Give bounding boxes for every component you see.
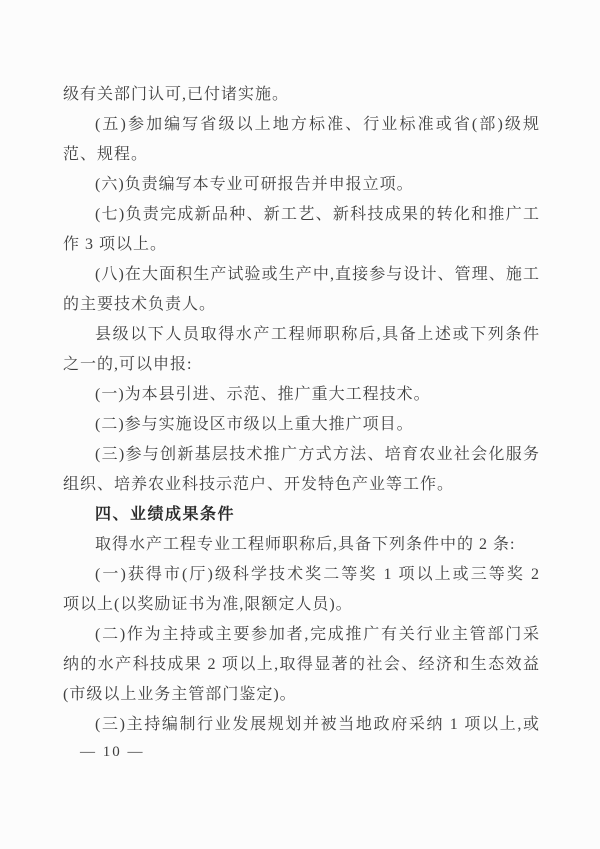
document-body: 级有关部门认可,已付诸实施。 (五)参加编写省级以上地方标准、行业标准或省(部)… bbox=[63, 80, 540, 740]
text-line: (三)主持编制行业发展规划并被当地政府采纳 1 项以上,或 bbox=[63, 710, 540, 740]
section-heading: 四、业绩成果条件 bbox=[63, 500, 540, 530]
text-line: 之一的,可以申报: bbox=[63, 350, 540, 380]
text-line: 级有关部门认可,已付诸实施。 bbox=[63, 80, 540, 110]
text-line: 作 3 项以上。 bbox=[63, 230, 540, 260]
text-line: (三)参与创新基层技术推广方式方法、培育农业社会化服务 bbox=[63, 440, 540, 470]
text-line: (六)负责编写本专业可研报告并申报立项。 bbox=[63, 170, 540, 200]
text-line: (二)作为主持或主要参加者,完成推广有关行业主管部门采 bbox=[63, 620, 540, 650]
document-page: 级有关部门认可,已付诸实施。 (五)参加编写省级以上地方标准、行业标准或省(部)… bbox=[0, 0, 600, 849]
text-line: (市级以上业务主管部门鉴定)。 bbox=[63, 680, 540, 710]
text-line: 取得水产工程专业工程师职称后,具备下列条件中的 2 条: bbox=[63, 530, 540, 560]
text-line: 项以上(以奖励证书为准,限额定人员)。 bbox=[63, 590, 540, 620]
text-line: (一)获得市(厅)级科学技术奖二等奖 1 项以上或三等奖 2 bbox=[63, 560, 540, 590]
text-line: (八)在大面积生产试验或生产中,直接参与设计、管理、施工 bbox=[63, 260, 540, 290]
text-line: 纳的水产科技成果 2 项以上,取得显著的社会、经济和生态效益 bbox=[63, 650, 540, 680]
text-line: 的主要技术负责人。 bbox=[63, 290, 540, 320]
text-line: (七)负责完成新品种、新工艺、新科技成果的转化和推广工 bbox=[63, 200, 540, 230]
text-line: (二)参与实施设区市级以上重大推广项目。 bbox=[63, 410, 540, 440]
page-number: — 10 — bbox=[80, 742, 145, 762]
text-line: (一)为本县引进、示范、推广重大工程技术。 bbox=[63, 380, 540, 410]
text-line: 范、规程。 bbox=[63, 140, 540, 170]
text-line: 县级以下人员取得水产工程师职称后,具备上述或下列条件 bbox=[63, 320, 540, 350]
text-line: (五)参加编写省级以上地方标准、行业标准或省(部)级规 bbox=[63, 110, 540, 140]
text-line: 组织、培养农业科技示范户、开发特色产业等工作。 bbox=[63, 470, 540, 500]
